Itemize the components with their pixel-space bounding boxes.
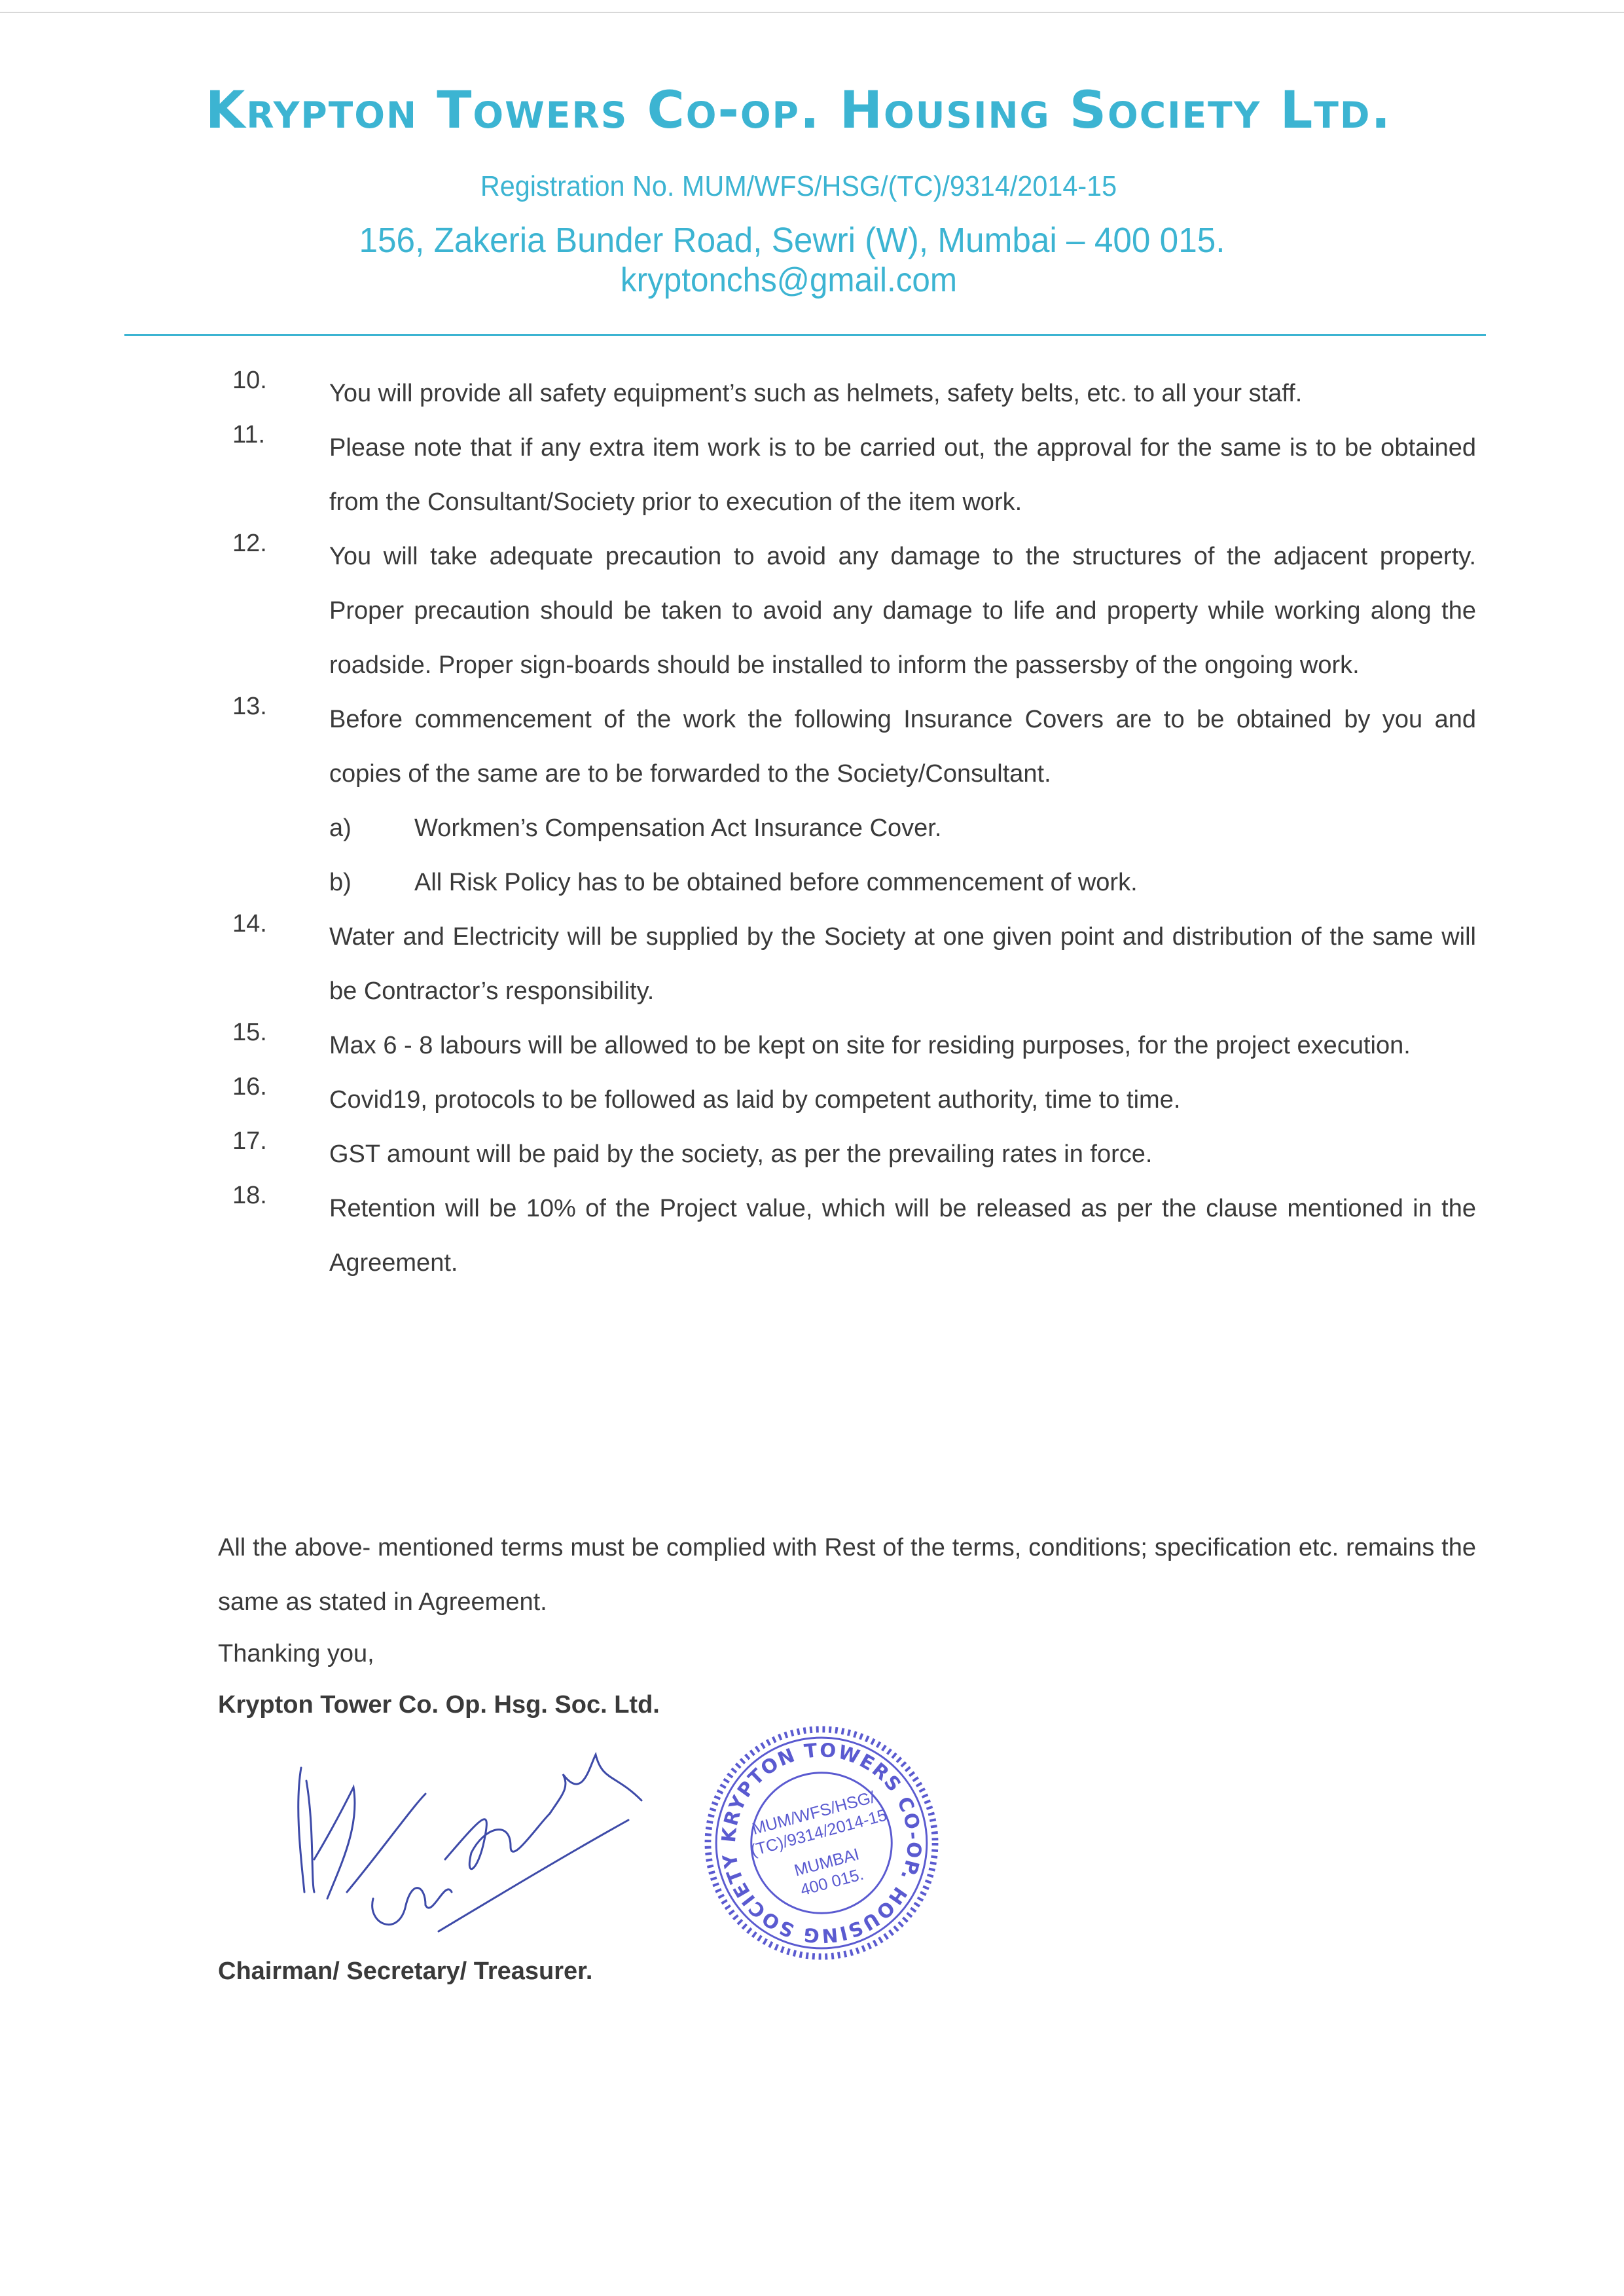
clause-14: 14. Water and Electricity will be suppli…	[232, 910, 1476, 1019]
society-name: Krypton Towers Co-op. Housing Society Lt…	[98, 85, 1499, 136]
clause-number: 13.	[232, 693, 329, 910]
clause-number: 12.	[232, 530, 329, 693]
thanks-line: Thanking you,	[218, 1640, 374, 1668]
handwritten-signature	[275, 1728, 694, 1951]
signatory-organization: Krypton Tower Co. Op. Hsg. Soc. Ltd.	[218, 1691, 660, 1719]
clause-text: You will provide all safety equipment’s …	[329, 367, 1476, 421]
sub-clause-b: b) All Risk Policy has to be obtained be…	[329, 856, 1476, 910]
clause-text: Before commencement of the work the foll…	[329, 693, 1476, 801]
scan-edge	[0, 12, 1624, 13]
clause-text: You will take adequate precaution to avo…	[329, 530, 1476, 693]
signatory-designation: Chairman/ Secretary/ Treasurer.	[218, 1958, 592, 1986]
clause-12: 12. You will take adequate precaution to…	[232, 530, 1476, 693]
closing-paragraph: All the above- mentioned terms must be c…	[218, 1521, 1476, 1630]
clause-11: 11. Please note that if any extra item w…	[232, 421, 1476, 530]
letterhead-divider	[124, 334, 1486, 336]
sub-clause-text: All Risk Policy has to be obtained befor…	[414, 856, 1138, 910]
clause-16: 16. Covid19, protocols to be followed as…	[232, 1073, 1476, 1127]
clause-15: 15. Max 6 - 8 labours will be allowed to…	[232, 1019, 1476, 1073]
clause-number: 15.	[232, 1019, 329, 1073]
clause-text: GST amount will be paid by the society, …	[329, 1127, 1476, 1182]
clause-text: Covid19, protocols to be followed as lai…	[329, 1073, 1476, 1127]
clause-text: Water and Electricity will be supplied b…	[329, 910, 1476, 1019]
sub-clause-a: a) Workmen’s Compensation Act Insurance …	[329, 801, 1476, 856]
clause-number: 18.	[232, 1182, 329, 1290]
terms-list: 10. You will provide all safety equipmen…	[232, 367, 1476, 1290]
clause-number: 16.	[232, 1073, 329, 1127]
society-email: kryptonchs@gmail.com	[114, 261, 1464, 300]
clause-text: Retention will be 10% of the Project val…	[329, 1182, 1476, 1290]
clause-18: 18. Retention will be 10% of the Project…	[232, 1182, 1476, 1290]
registration-number: Registration No. MUM/WFS/HSG/(TC)/9314/2…	[140, 170, 1457, 203]
clause-number: 10.	[232, 367, 329, 421]
sub-clause-label: a)	[329, 801, 414, 856]
clause-text: Max 6 - 8 labours will be allowed to be …	[329, 1019, 1476, 1073]
society-address: 156, Zakeria Bunder Road, Sewri (W), Mum…	[120, 220, 1464, 261]
sub-clause-label: b)	[329, 856, 414, 910]
clause-17: 17. GST amount will be paid by the socie…	[232, 1127, 1476, 1182]
society-seal-stamp: KRYPTON TOWERS CO-OP. HOUSING SOCIETY LT…	[694, 1715, 949, 1971]
clause-number: 14.	[232, 910, 329, 1019]
letterhead: Krypton Towers Co-op. Housing Society Lt…	[124, 85, 1499, 300]
clause-number: 11.	[232, 421, 329, 530]
clause-number: 17.	[232, 1127, 329, 1182]
clause-10: 10. You will provide all safety equipmen…	[232, 367, 1476, 421]
clause-text: Please note that if any extra item work …	[329, 421, 1476, 530]
clause-13: 13. Before commencement of the work the …	[232, 693, 1476, 910]
sub-clause-text: Workmen’s Compensation Act Insurance Cov…	[414, 801, 941, 856]
